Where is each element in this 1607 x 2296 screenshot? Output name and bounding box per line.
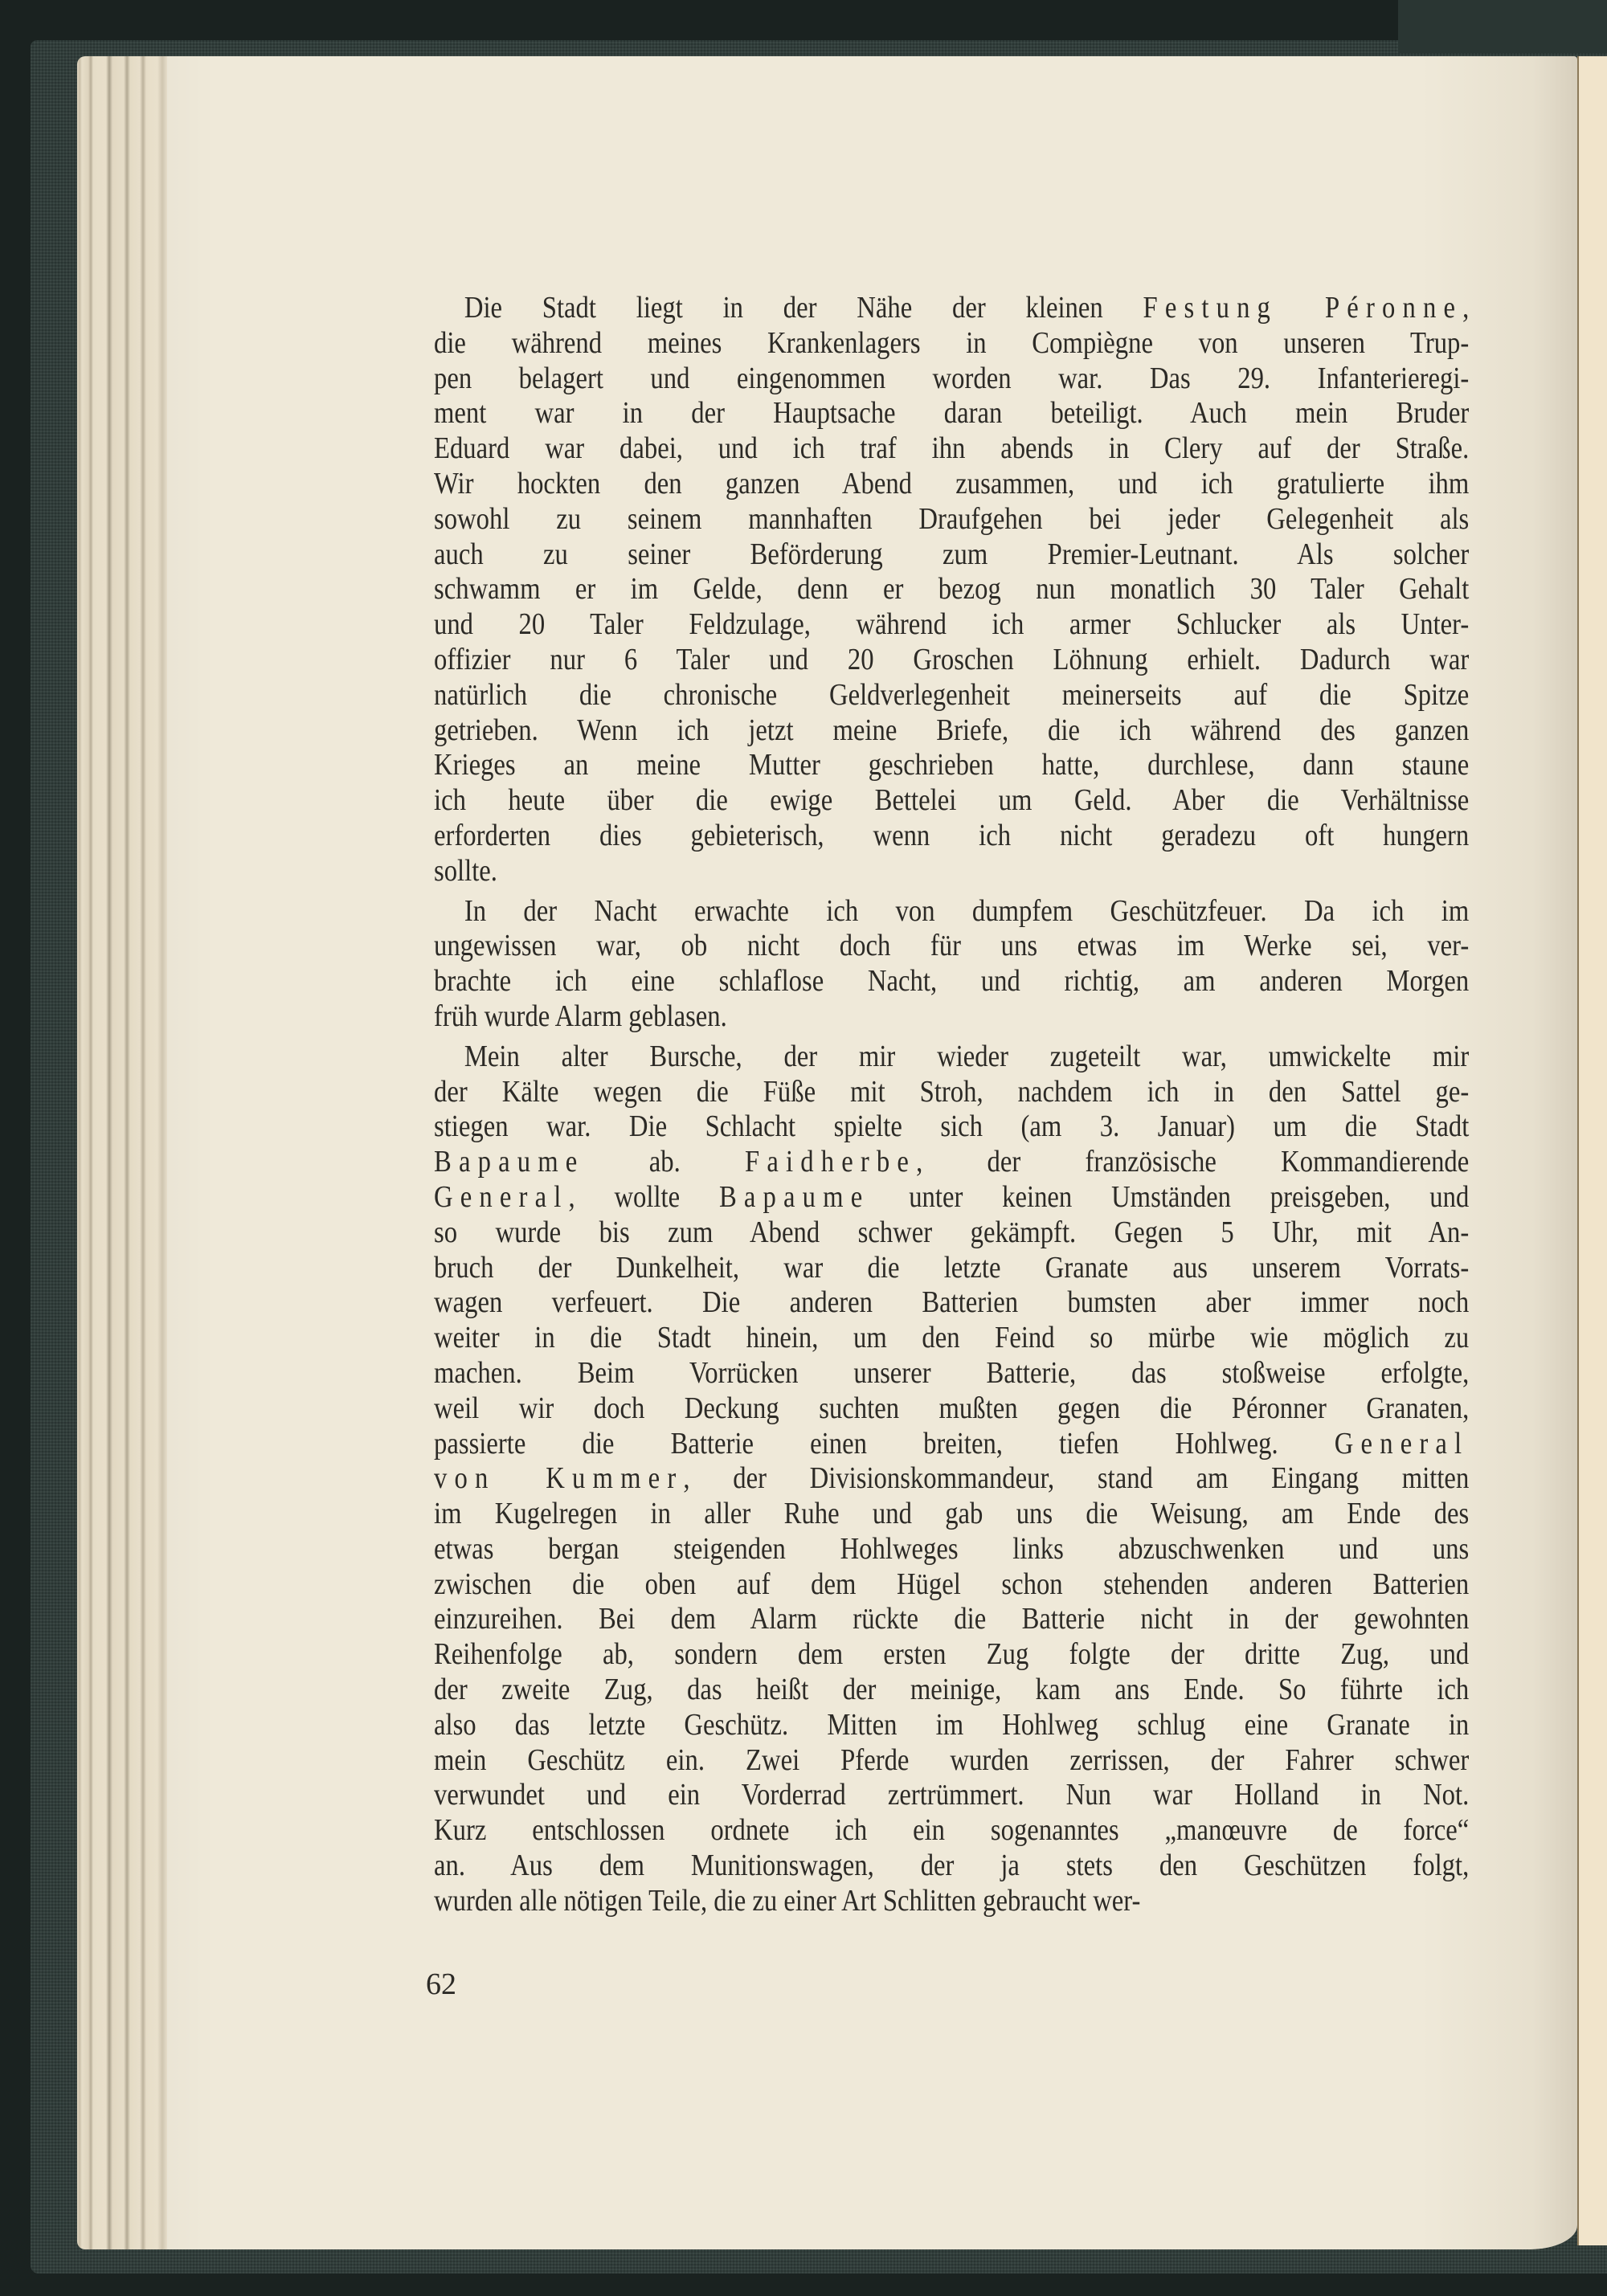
text-line: Wir hockten den ganzen Abend zusammen, u… — [434, 467, 1469, 502]
text-line: früh wurde Alarm geblasen. — [434, 999, 1469, 1035]
text-line: auch zu seiner Beförderung zum Premier-L… — [434, 537, 1469, 573]
text-line: schwamm er im Gelde, denn er bezog nun m… — [434, 572, 1469, 607]
text-line: Kurz entschlossen ordnete ich ein sogena… — [434, 1813, 1469, 1849]
text-line: Reihenfolge ab, sondern dem ersten Zug f… — [434, 1637, 1469, 1673]
text-line: weil wir doch Deckung suchten mußten geg… — [434, 1391, 1469, 1427]
facing-page-sliver — [1577, 56, 1607, 2245]
text-line: mein Geschütz ein. Zwei Pferde wurden ze… — [434, 1743, 1469, 1779]
text-line: Eduard war dabei, und ich traf ihn abend… — [434, 431, 1469, 467]
text-line: und 20 Taler Feldzulage, während ich arm… — [434, 607, 1469, 643]
text-line: zwischen die oben auf dem Hügel schon st… — [434, 1567, 1469, 1603]
text-line: sowohl zu seinem mannhaften Draufgehen b… — [434, 502, 1469, 537]
opposite-cover-edge — [1398, 0, 1607, 53]
text-line: also das letzte Geschütz. Mitten im Hohl… — [434, 1708, 1469, 1743]
text-line: stiegen war. Die Schlacht spielte sich (… — [434, 1109, 1469, 1145]
text-line: sollte. — [434, 854, 1469, 889]
text-line: ungewissen war, ob nicht doch für uns et… — [434, 929, 1469, 964]
text-line: Bapaume ab. Faidherbe, der französische … — [434, 1145, 1469, 1180]
page-number: 62 — [426, 1967, 456, 2002]
text-line: ment war in der Hauptsache daran beteili… — [434, 396, 1469, 431]
book-scan: Die Stadt liegt in der Nähe der kleinen … — [0, 0, 1607, 2296]
text-line: der zweite Zug, das heißt der meinige, k… — [434, 1673, 1469, 1708]
text-line: der Kälte wegen die Füße mit Stroh, nach… — [434, 1075, 1469, 1110]
text-line: pen belagert und eingenommen worden war.… — [434, 362, 1469, 397]
text-line: natürlich die chronische Geldverlegenhei… — [434, 678, 1469, 713]
text-line: im Kugelregen in aller Ruhe und gab uns … — [434, 1497, 1469, 1532]
paragraph: In der Nacht erwachte ich von dumpfem Ge… — [434, 894, 1469, 1035]
text-line: Mein alter Bursche, der mir wieder zuget… — [434, 1040, 1469, 1075]
text-line: wurden alle nötigen Teile, die zu einer … — [434, 1884, 1469, 1919]
page-edges-stack — [77, 56, 169, 2249]
text-line: getrieben. Wenn ich jetzt meine Briefe, … — [434, 713, 1469, 749]
text-line: erforderten dies gebieterisch, wenn ich … — [434, 819, 1469, 854]
text-line: wagen verfeuert. Die anderen Batterien b… — [434, 1285, 1469, 1321]
text-line: In der Nacht erwachte ich von dumpfem Ge… — [434, 894, 1469, 929]
text-line: von Kummer, der Divisionskommandeur, sta… — [434, 1461, 1469, 1497]
text-line: einzureihen. Bei dem Alarm rückte die Ba… — [434, 1602, 1469, 1637]
paragraph: Die Stadt liegt in der Nähe der kleinen … — [434, 291, 1469, 889]
text-line: bruch der Dunkelheit, war die letzte Gra… — [434, 1251, 1469, 1286]
text-line: passierte die Batterie einen breiten, ti… — [434, 1427, 1469, 1462]
text-line: Krieges an meine Mutter geschrieben hatt… — [434, 748, 1469, 783]
text-line: ich heute über die ewige Bettelei um Gel… — [434, 783, 1469, 819]
text-line: so wurde bis zum Abend schwer gekämpft. … — [434, 1215, 1469, 1251]
text-line: Die Stadt liegt in der Nähe der kleinen … — [434, 291, 1469, 326]
text-line: etwas bergan steigenden Hohlweges links … — [434, 1532, 1469, 1567]
paragraph: Mein alter Bursche, der mir wieder zuget… — [434, 1040, 1469, 1919]
text-line: brachte ich eine schlaflose Nacht, und r… — [434, 964, 1469, 999]
text-line: die während meines Krankenlagers in Comp… — [434, 326, 1469, 362]
text-line: weiter in die Stadt hinein, um den Feind… — [434, 1321, 1469, 1356]
text-line: machen. Beim Vorrücken unserer Batterie,… — [434, 1356, 1469, 1391]
text-line: offizier nur 6 Taler und 20 Groschen Löh… — [434, 643, 1469, 678]
text-line: an. Aus dem Munitionswagen, der ja stets… — [434, 1849, 1469, 1884]
text-line: General, wollte Bapaume unter keinen Ums… — [434, 1180, 1469, 1215]
text-line: verwundet und ein Vorderrad zertrümmert.… — [434, 1778, 1469, 1813]
body-text: Die Stadt liegt in der Nähe der kleinen … — [434, 291, 1324, 1919]
